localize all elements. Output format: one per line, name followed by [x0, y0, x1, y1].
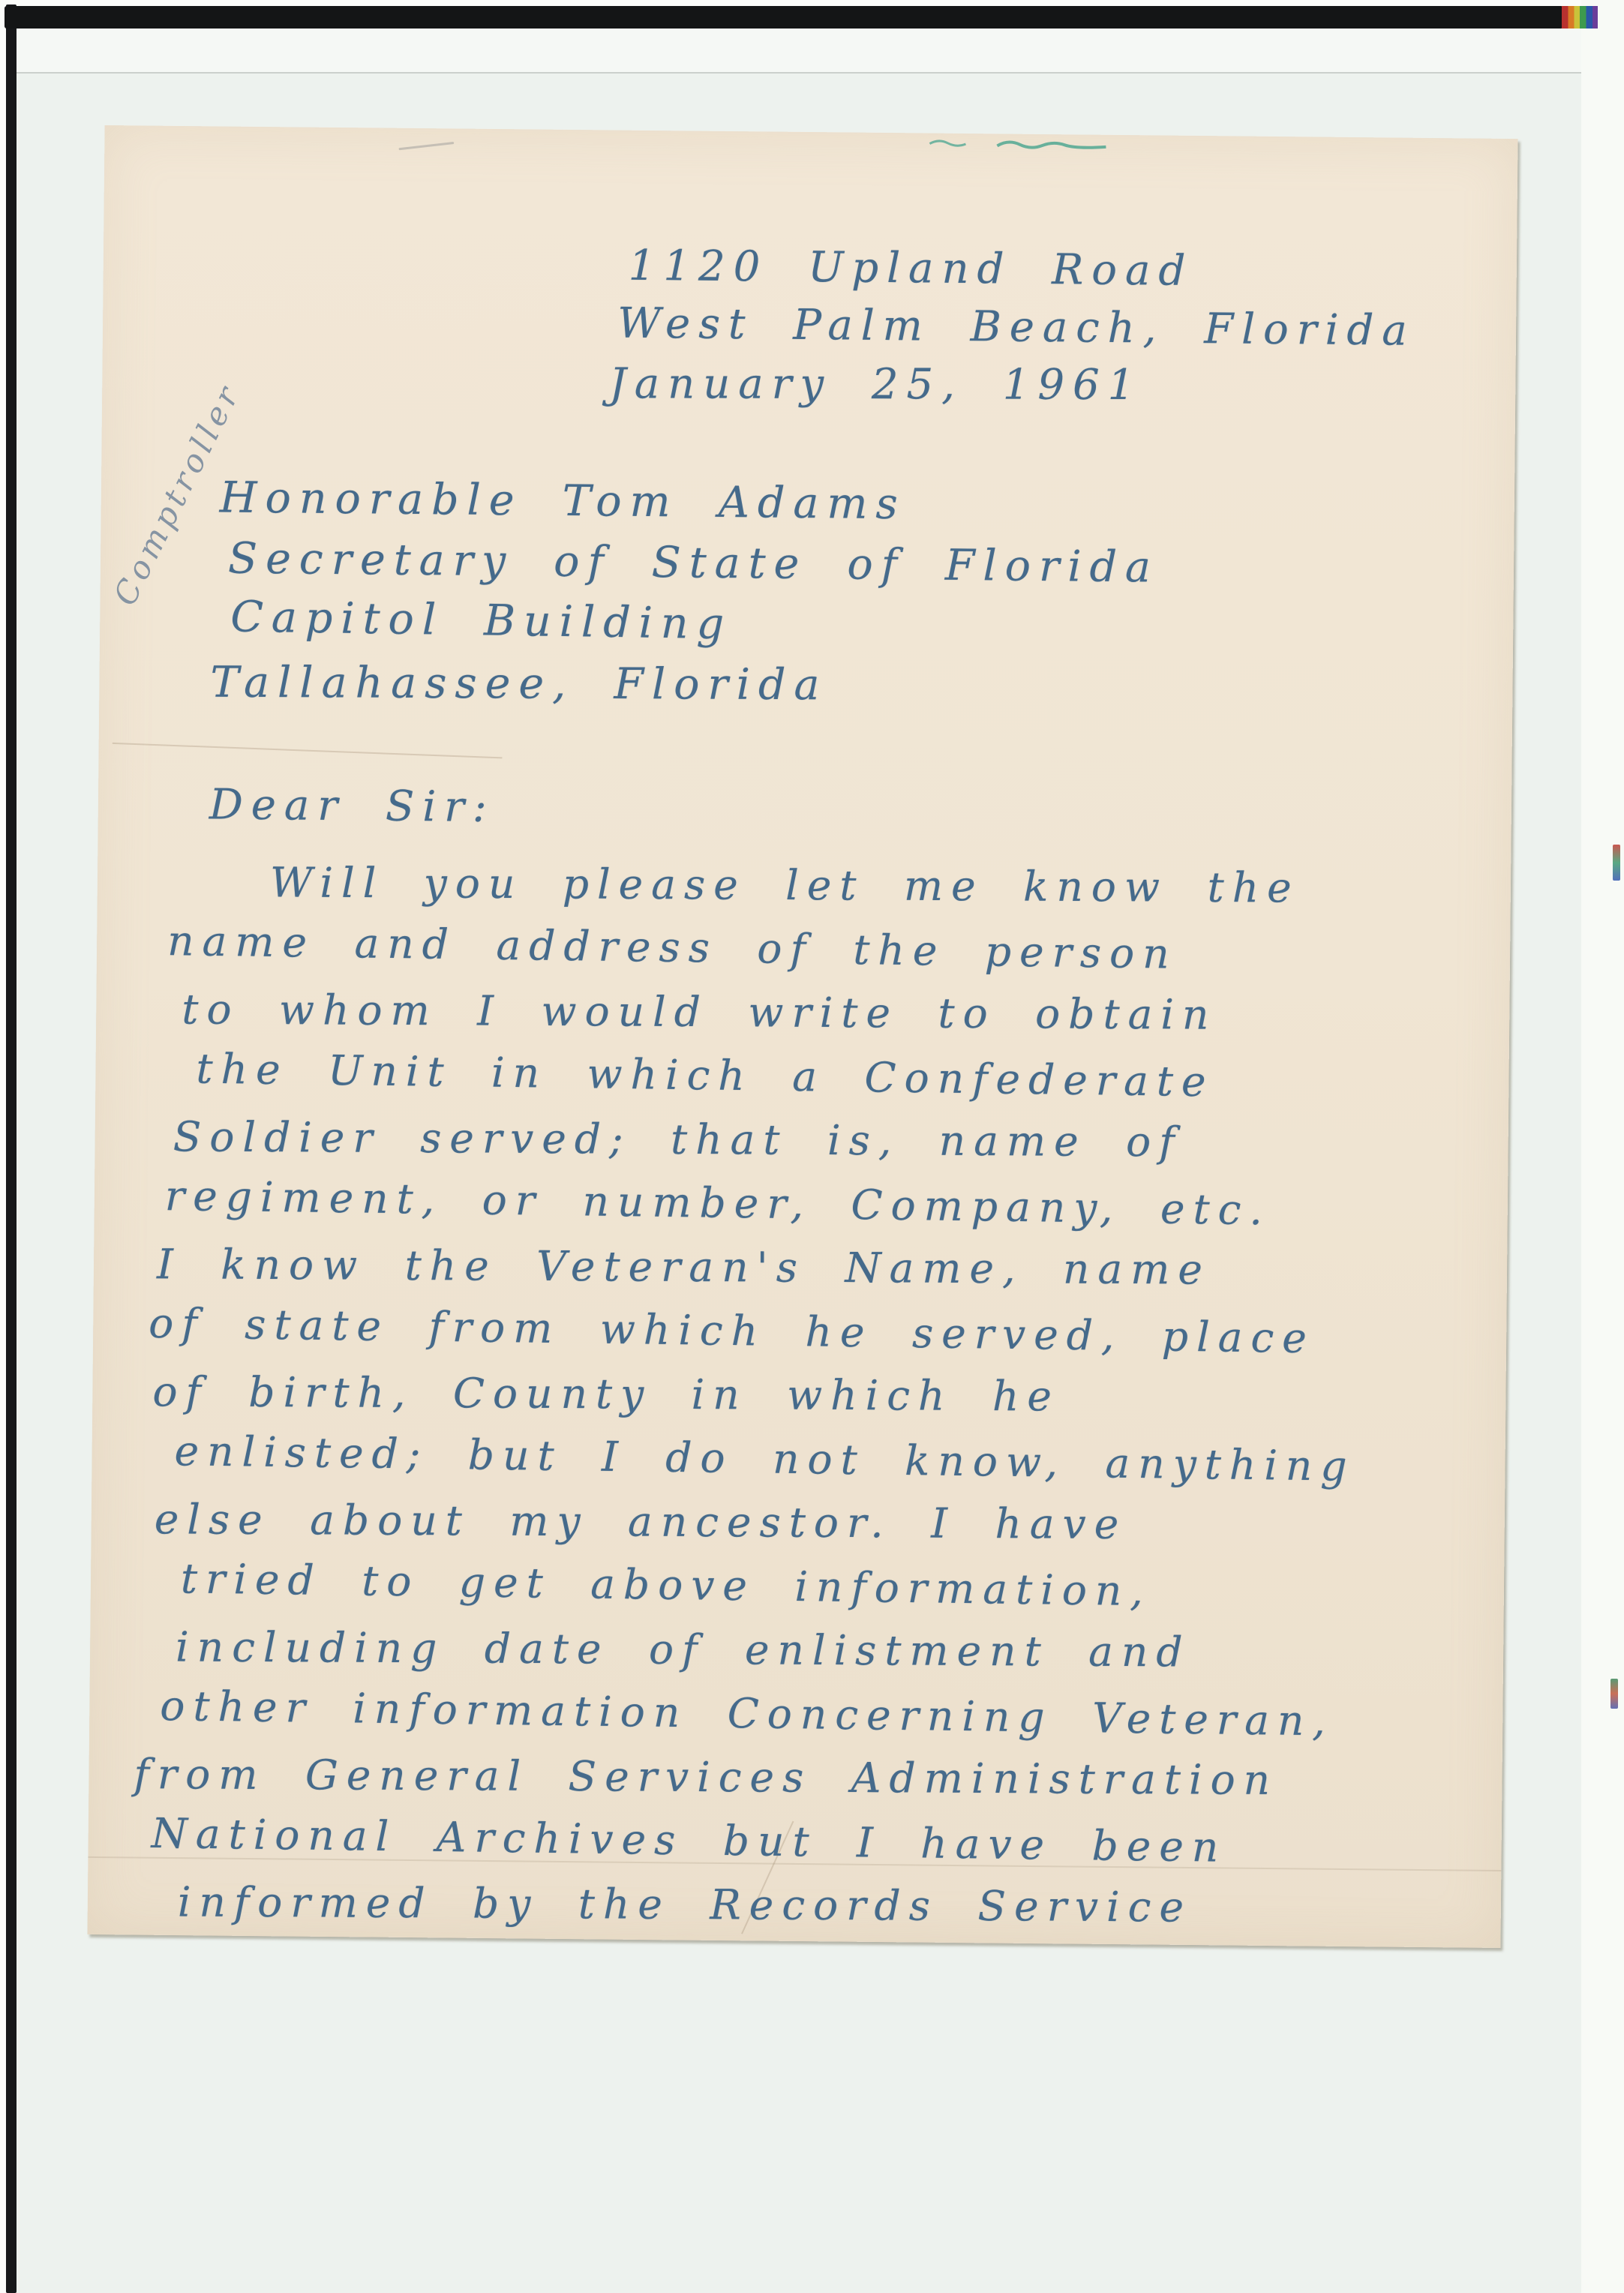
scan-color-speck — [1613, 845, 1620, 881]
sender-address-block: 1120 Upland Road West Palm Beach, Florid… — [627, 237, 1416, 418]
letter-body-line: to whom I would write to obtain — [182, 977, 1359, 1047]
letter-body-line: the Unit in which a Confederate — [196, 1037, 1359, 1116]
letter-paper: Comptroller 1120 Upland Road West Palm B… — [87, 125, 1517, 1948]
letter-body-line: other information Concerning Veteran, — [160, 1674, 1353, 1754]
letter-body-line: name and address of the person — [167, 909, 1361, 989]
sender-address-line: West Palm Beach, Florida — [617, 295, 1415, 360]
letter-body-line: Will you please let me know the — [270, 851, 1361, 920]
letter-body-line: tried to get above information, — [180, 1547, 1354, 1625]
letter-body-line: including date of enlistment and — [176, 1615, 1353, 1685]
scan-rainbow-artifact — [1562, 6, 1598, 29]
paper-crease — [113, 743, 503, 759]
recipient-city: Tallahassee, Florida — [210, 653, 1157, 718]
teal-ink-smudge — [926, 135, 1113, 153]
recipient-title: Secretary of State of Florida — [228, 529, 1160, 599]
scanner-top-edge-strip — [5, 6, 1563, 29]
scanner-backing-highlight — [17, 29, 1581, 72]
pencil-smudge — [398, 142, 454, 150]
sender-address-line: 1120 Upland Road — [628, 237, 1415, 302]
letter-body-line: informed by the Records Service — [178, 1870, 1351, 1940]
scan-right-margin — [1581, 0, 1624, 2293]
scanner-left-edge-strip — [6, 5, 17, 2293]
recipient-building: Capitol Building — [230, 587, 1159, 661]
letter-body-line: I know the Veteran's Name, name — [157, 1232, 1357, 1302]
salutation: Dear Sir: — [209, 780, 496, 832]
letter-body-line: else about my ancestor. I have — [155, 1487, 1355, 1557]
letter-body-line: regiment, or number, Company, etc. — [164, 1164, 1358, 1244]
letter-body-line: of birth, County in which he — [152, 1360, 1355, 1430]
letter-date: January 25, 1961 — [609, 355, 1415, 415]
scanned-letter-page: Comptroller 1120 Upland Road West Palm B… — [0, 0, 1624, 2293]
recipient-address-block: Honorable Tom Adams Secretary of State o… — [218, 468, 1160, 720]
letter-body-line: from General Services Administration — [134, 1742, 1352, 1813]
letter-body-line: enlisted; but I do not know, anything — [174, 1419, 1355, 1499]
letter-body-line: National Archives but I have been — [151, 1802, 1352, 1881]
recipient-name: Honorable Tom Adams — [219, 468, 1160, 538]
letter-body-line: Soldier served; that is, name of — [173, 1105, 1358, 1175]
scanner-seam-line — [17, 72, 1581, 74]
scan-color-speck — [1610, 1679, 1618, 1709]
letter-body: Will you please let me know the name and… — [160, 848, 1361, 1943]
letter-body-line: of state from which he served, place — [149, 1292, 1357, 1371]
